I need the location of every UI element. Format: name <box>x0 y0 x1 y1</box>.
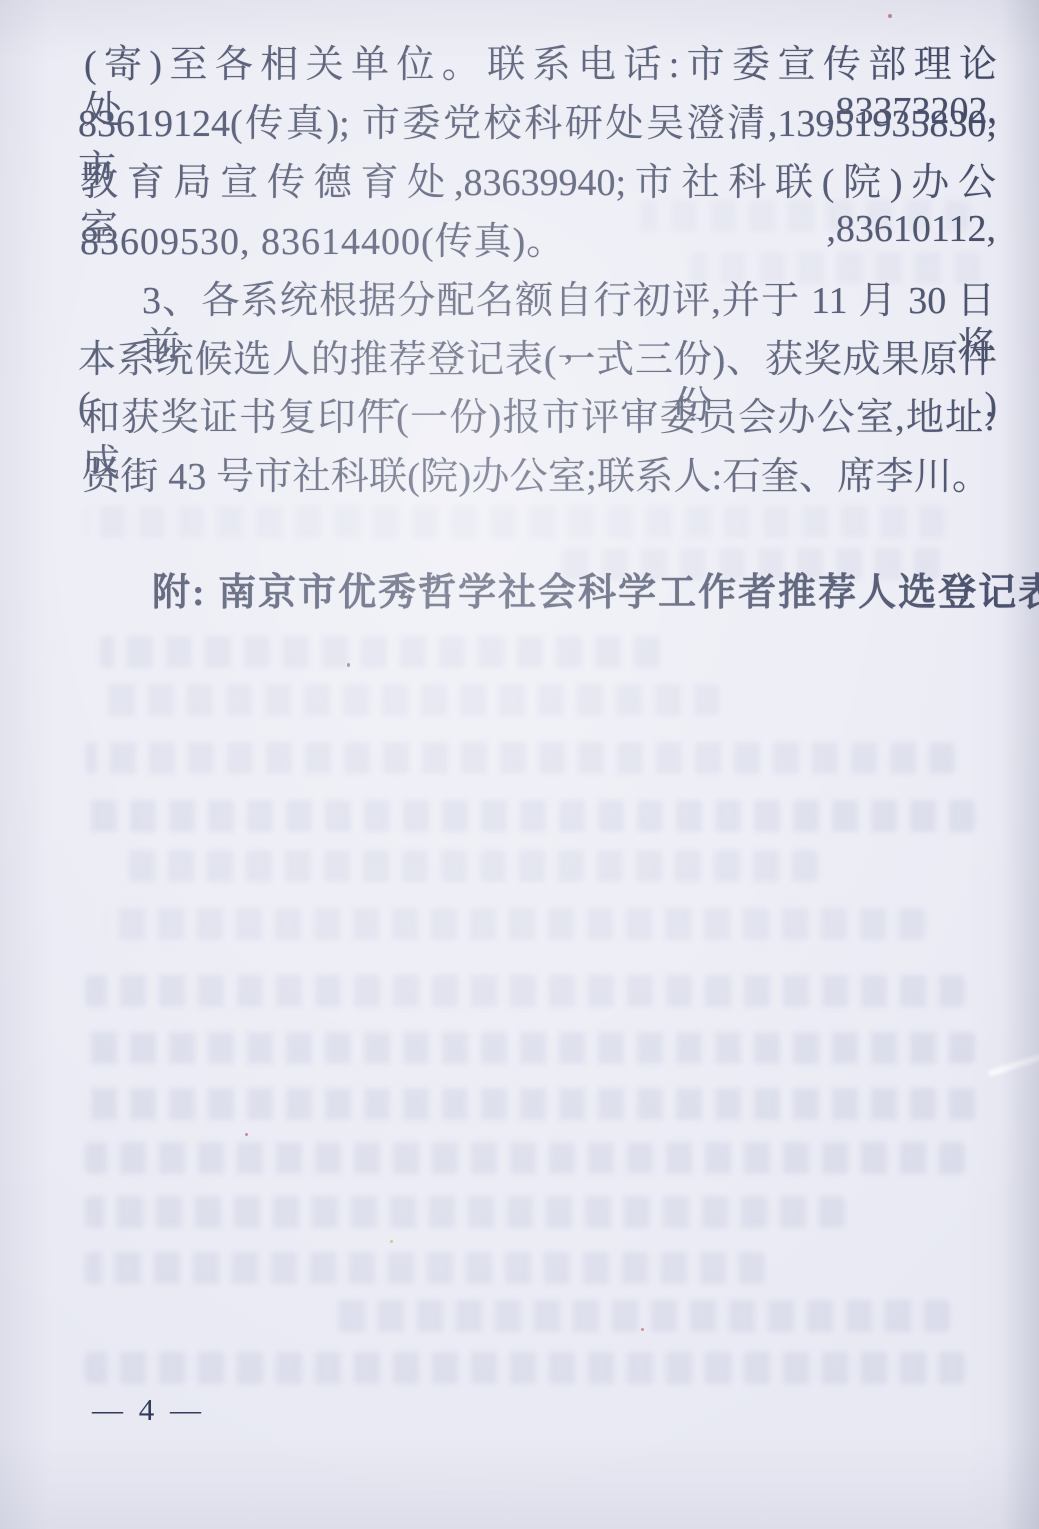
bleedthrough-row <box>85 1032 975 1064</box>
bleedthrough-row <box>85 1142 965 1174</box>
dust-speck <box>390 1240 393 1243</box>
bleedthrough-row <box>100 636 660 668</box>
bleedthrough-row <box>85 1088 975 1120</box>
scanned-document-page: (寄)至各相关单位。联系电话:市委宣传部理论处,83373202, 836191… <box>0 0 1039 1529</box>
bleedthrough-row <box>105 908 925 940</box>
dust-speck <box>641 1328 644 1331</box>
dust-speck <box>347 663 350 667</box>
body-line: 贤街 43 号市社科联(院)办公室;联系人:石奎、席李川。 <box>82 454 990 500</box>
bleedthrough-row <box>85 506 945 538</box>
paper-crease <box>987 1053 1039 1077</box>
bleedthrough-row <box>330 1300 950 1332</box>
bleedthrough-row <box>85 1252 765 1284</box>
bleedthrough-row <box>85 1196 845 1228</box>
body-line: 83609530, 83614400(传真)。 <box>80 219 565 265</box>
attachment-note: 附: 南京市优秀哲学社会科学工作者推荐人选登记表 <box>152 570 1039 616</box>
bleedthrough-row <box>85 1352 965 1384</box>
bleedthrough-row <box>85 975 965 1007</box>
bleedthrough-row <box>85 742 955 774</box>
dust-speck <box>245 1133 248 1136</box>
page-number: — 4 — <box>92 1392 205 1428</box>
dust-speck <box>888 14 892 18</box>
bleedthrough-row <box>85 800 975 832</box>
bleedthrough-row <box>118 850 818 882</box>
bleedthrough-row <box>100 684 720 716</box>
